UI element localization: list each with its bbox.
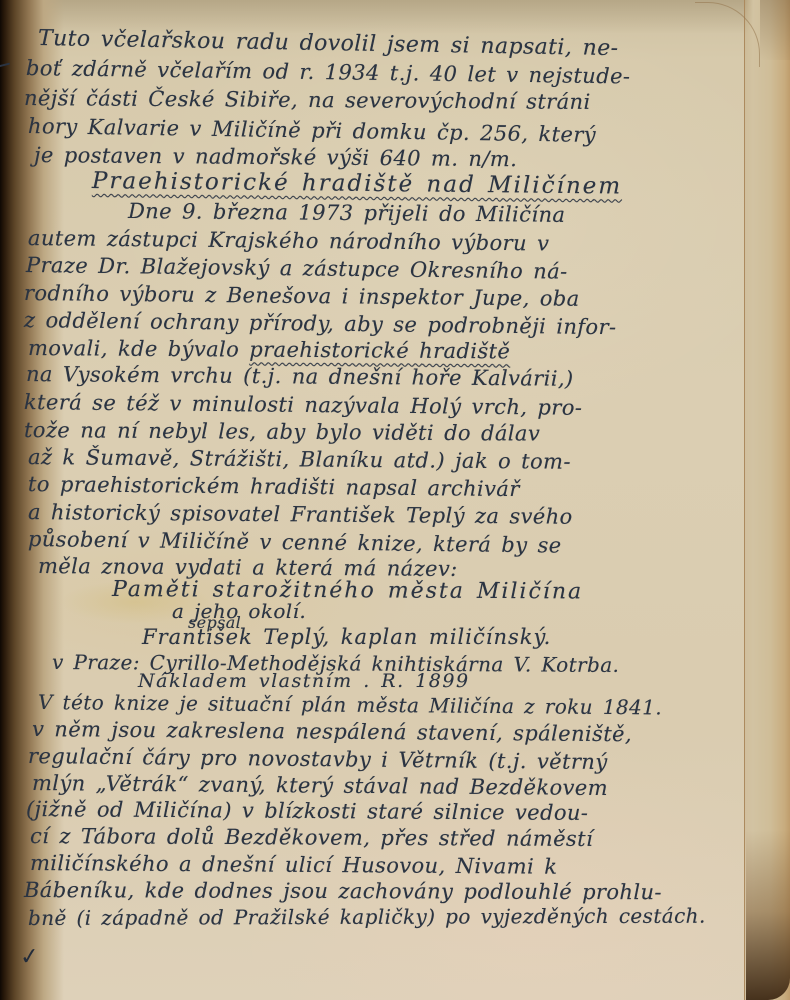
handwritten-line-11: z oddělení ochrany přírody, aby se podro… — [24, 308, 617, 339]
handwritten-line-29: regulační čáry pro novostavby i Větrník … — [28, 744, 608, 774]
handwritten-line-08: autem zástupci Krajského národního výbor… — [28, 226, 550, 255]
handwritten-line-07: Dne 9. března 1973 přijeli do Miličína — [128, 199, 566, 227]
handwritten-line-16: až k Šumavě, Strážišti, Blaníku atd.) ja… — [28, 445, 571, 474]
handwritten-line-30: mlýn „Větrák“ zvaný, který stával nad Be… — [32, 771, 608, 800]
handwritten-line-35: bně (i západně od Pražilské kapličky) po… — [28, 904, 706, 930]
handwritten-line-04: hory Kalvarie v Miličíně při domku čp. 2… — [28, 114, 596, 147]
handwritten-line-31: (jižně od Miličína) v blízkosti staré si… — [26, 797, 589, 825]
handwritten-line-09: Praze Dr. Blažejovský a zástupce Okresní… — [26, 253, 568, 284]
handwritten-line-03: nější části České Sibiře, na severovýcho… — [24, 86, 591, 114]
section-heading: Praehistorické hradiště nad Miličínem — [92, 168, 622, 200]
line-12-plain: movali, kde bývalo — [28, 336, 249, 362]
manuscript-page: Tuto včelařskou radu dovolil jsem si nap… — [0, 0, 790, 1000]
handwritten-line-19: působení v Miličíně v cenné knize, která… — [28, 527, 562, 558]
check-mark: ✓ — [19, 943, 41, 971]
handwritten-line-32: cí z Tábora dolů Bezděkovem, přes střed … — [30, 824, 593, 851]
handwritten-line-02: boť zdárně včelařím od r. 1934 t.j. 40 l… — [26, 56, 631, 88]
handwritten-line-17: to praehistorickém hradišti napsal archi… — [28, 472, 520, 501]
handwritten-line-10: rodního výboru z Benešova i inspektor Ju… — [24, 281, 580, 311]
handwritten-line-12: movali, kde bývalo praehistorické hradiš… — [28, 336, 510, 363]
handwritten-line-13: na Vysokém vrchu (t.j. na dnešní hoře Ka… — [26, 362, 574, 391]
handwritten-line-33: miličínského a dnešní ulicí Husovou, Niv… — [30, 851, 558, 879]
handwritten-line-18: a historický spisovatel František Teplý … — [28, 500, 573, 529]
handwritten-line-15: tože na ní nebyl les, aby bylo viděti do… — [24, 418, 540, 446]
edition-line: Nákladem vlastním . R. 1899 — [138, 670, 470, 692]
line-12-underlined-phrase: praehistorické hradiště — [249, 338, 510, 364]
page-edge-top-shade — [760, 0, 790, 60]
author-line: František Teplý, kaplan miličínský. — [142, 625, 551, 649]
book-cover-corner — [746, 830, 790, 1000]
handwritten-line-28: v něm jsou zakreslena nespálená stavení,… — [32, 717, 632, 746]
handwritten-line-14: která se též v minulosti nazývala Holý v… — [24, 390, 583, 420]
handwritten-line-05: je postaven v nadmořské výši 640 m. n/m. — [34, 143, 517, 171]
handwritten-line-27: V této knize je situační plán města Mili… — [38, 690, 662, 719]
handwritten-line-34: Bábeníku, kde dodnes jsou zachovány podl… — [24, 878, 662, 904]
